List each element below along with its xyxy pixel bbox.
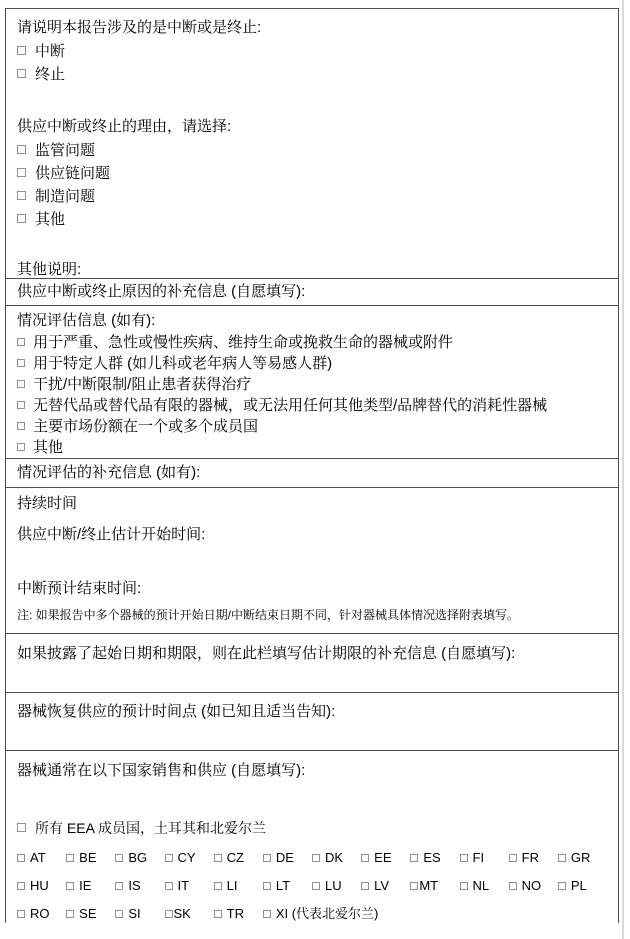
country-checkbox-TR[interactable]: TR xyxy=(214,900,263,928)
checkbox-icon[interactable] xyxy=(263,910,271,918)
country-code-label: BE xyxy=(79,850,96,865)
country-code-label: LI xyxy=(227,878,238,893)
country-code-label: NL xyxy=(473,878,490,893)
option-supply-chain-issue[interactable]: 供应链问题 xyxy=(17,162,607,185)
checkbox-icon[interactable] xyxy=(410,882,418,890)
country-checkbox-SE[interactable]: SE xyxy=(66,900,115,928)
checkbox-icon[interactable] xyxy=(66,854,74,862)
option-label: 供应链问题 xyxy=(35,165,110,182)
option-label: 用于严重、急性或慢性疾病、维持生命或挽救生命的器械或附件 xyxy=(33,334,453,351)
checkbox-icon[interactable] xyxy=(558,882,566,890)
checkbox-icon[interactable] xyxy=(558,854,566,862)
checkbox-icon[interactable] xyxy=(17,910,25,918)
option-situation-other[interactable]: 其他 xyxy=(17,437,607,458)
option-specific-population[interactable]: 用于特定人群 (如儿科或老年病人等易感人群) xyxy=(17,353,607,374)
other-note-label: 其他说明: xyxy=(17,258,607,279)
option-label: 无替代品或替代品有限的器械，或无法用任何其他类型/品牌替代的消耗性器械 xyxy=(33,397,547,414)
option-all-eea[interactable]: 所有 EEA 成员国，土耳其和北爱尔兰 xyxy=(17,817,607,839)
checkbox-icon[interactable] xyxy=(17,191,26,200)
option-label: 主要市场份额在一个或多个成员国 xyxy=(33,418,258,435)
country-checkbox-FI[interactable]: FI xyxy=(460,844,509,872)
checkbox-icon[interactable] xyxy=(165,882,173,890)
country-checkbox-BE[interactable]: BE xyxy=(66,844,115,872)
situation-label: 情况评估信息 (如有): xyxy=(17,310,607,332)
checkbox-icon[interactable] xyxy=(17,46,26,55)
country-code-label: ES xyxy=(423,850,440,865)
estimated-start-date-label: 供应中断/终止估计开始时间: xyxy=(17,526,205,543)
checkbox-icon[interactable] xyxy=(509,854,517,862)
country-code-label: AT xyxy=(30,850,46,865)
country-checkbox-MT[interactable]: MT xyxy=(410,872,459,900)
country-code-label: IE xyxy=(79,878,91,893)
checkbox-icon[interactable] xyxy=(312,882,320,890)
countries-section: 器械通常在以下国家销售和供应 (自愿填写): 所有 EEA 成员国，土耳其和北爱… xyxy=(6,751,618,923)
option-label: 其他 xyxy=(35,211,65,228)
option-reason-other[interactable]: 其他 xyxy=(17,208,607,231)
country-checkbox-LI[interactable]: LI xyxy=(214,872,263,900)
checkbox-icon[interactable] xyxy=(460,854,468,862)
checkbox-icon[interactable] xyxy=(17,69,26,78)
country-checkbox-NO[interactable]: NO xyxy=(509,872,558,900)
checkbox-icon[interactable] xyxy=(361,882,369,890)
situation-supplement-label: 情况评估的补充信息 (如有): xyxy=(17,464,200,481)
option-label: 所有 EEA 成员国，土耳其和北爱尔兰 xyxy=(35,820,266,836)
option-label: 制造问题 xyxy=(35,188,95,205)
checkbox-icon[interactable] xyxy=(17,145,26,154)
checkbox-icon[interactable] xyxy=(17,338,25,346)
situation-supplement-field[interactable]: 情况评估的补充信息 (如有): xyxy=(6,459,618,488)
country-checkbox-CZ[interactable]: CZ xyxy=(214,844,263,872)
checkbox-icon[interactable] xyxy=(17,380,25,388)
resume-time-field[interactable]: 器械恢复供应的预计时间点 (如已知且适当告知): xyxy=(6,693,618,751)
country-code-label: TR xyxy=(227,906,244,921)
country-checkbox-IT[interactable]: IT xyxy=(165,872,214,900)
checkbox-icon[interactable] xyxy=(17,359,25,367)
checkbox-icon[interactable] xyxy=(66,882,74,890)
country-code-label: CY xyxy=(178,850,196,865)
country-checkbox-BG[interactable]: BG xyxy=(115,844,164,872)
country-code-label: FI xyxy=(473,850,485,865)
country-checkbox-PL[interactable]: PL xyxy=(558,872,607,900)
country-code-label: DE xyxy=(276,850,294,865)
option-termination[interactable]: 终止 xyxy=(17,63,607,86)
checkbox-icon[interactable] xyxy=(17,214,26,223)
country-checkbox-SI[interactable]: SI xyxy=(115,900,164,928)
option-label: 用于特定人群 (如儿科或老年病人等易感人群) xyxy=(33,355,332,372)
country-checkbox-SK[interactable]: SK xyxy=(165,900,214,928)
checkbox-icon[interactable] xyxy=(214,854,222,862)
country-checkbox-GR[interactable]: GR xyxy=(558,844,607,872)
country-code-label: DK xyxy=(325,850,343,865)
period-supplement-label: 如果披露了起始日期和期限，则在此栏填写估计期限的补充信息 (自愿填写): xyxy=(17,643,607,665)
option-label: 监管问题 xyxy=(35,142,95,159)
option-label: 干扰/中断限制/阻止患者获得治疗 xyxy=(33,376,251,393)
page-right-edge xyxy=(622,0,624,939)
country-code-label: GR xyxy=(571,850,591,865)
checkbox-icon[interactable] xyxy=(509,882,517,890)
duration-note: 注: 如果报告中多个器械的预计开始日期/中断结束日期不同，针对器械具体情况选择附… xyxy=(17,607,607,623)
checkbox-icon[interactable] xyxy=(17,882,25,890)
country-checkbox-grid: AT BE BG CY CZ DE DK EE ES FI FR GR HU I… xyxy=(17,844,607,928)
option-label: 终止 xyxy=(35,66,65,83)
checkbox-icon[interactable] xyxy=(115,910,123,918)
country-code-label: IT xyxy=(178,878,190,893)
report-type-question: 请说明本报告涉及的是中断或是终止: xyxy=(17,16,607,40)
checkbox-icon[interactable] xyxy=(361,854,369,862)
reason-question: 供应中断或终止的理由，请选择: xyxy=(17,115,607,139)
estimated-end-date-label: 中断预计结束时间: xyxy=(17,580,141,597)
country-code-label: SE xyxy=(79,906,96,921)
country-checkbox-IS[interactable]: IS xyxy=(115,872,164,900)
checkbox-icon[interactable] xyxy=(17,401,25,409)
checkbox-icon[interactable] xyxy=(115,882,123,890)
country-checkbox-NL[interactable]: NL xyxy=(460,872,509,900)
checkbox-icon[interactable] xyxy=(214,882,222,890)
country-checkbox-RO[interactable]: RO xyxy=(17,900,66,928)
checkbox-icon[interactable] xyxy=(263,854,271,862)
reason-supplement-field[interactable]: 供应中断或终止原因的补充信息 (自愿填写): xyxy=(6,279,618,306)
country-checkbox-FR[interactable]: FR xyxy=(509,844,558,872)
estimated-end-date-field[interactable]: 中断预计结束时间: xyxy=(17,578,607,600)
option-critical-illness-device[interactable]: 用于严重、急性或慢性疾病、维持生命或挽救生命的器械或附件 xyxy=(17,332,607,353)
country-code-label: IS xyxy=(128,878,140,893)
reason-supplement-label: 供应中断或终止原因的补充信息 (自愿填写): xyxy=(17,283,305,300)
option-label: 中断 xyxy=(35,43,65,60)
country-code-label: LV xyxy=(374,878,389,893)
country-checkbox-ES[interactable]: ES xyxy=(410,844,459,872)
option-major-market-share[interactable]: 主要市场份额在一个或多个成员国 xyxy=(17,416,607,437)
country-checkbox-AT[interactable]: AT xyxy=(17,844,66,872)
option-no-substitute-device[interactable]: 无替代品或替代品有限的器械，或无法用任何其他类型/品牌替代的消耗性器械 xyxy=(17,395,607,416)
country-checkbox-EE[interactable]: EE xyxy=(361,844,410,872)
option-interruption[interactable]: 中断 xyxy=(17,40,607,63)
report-type-and-reason-section: 请说明本报告涉及的是中断或是终止: 中断 终止 供应中断或终止的理由，请选择: … xyxy=(6,9,618,279)
country-code-label: CZ xyxy=(227,850,244,865)
country-code-label: MT xyxy=(419,878,438,893)
country-code-label: SI xyxy=(128,906,140,921)
checkbox-icon[interactable] xyxy=(263,882,271,890)
checkbox-icon[interactable] xyxy=(17,422,25,430)
checkbox-icon[interactable] xyxy=(17,443,25,451)
country-code-label: PL xyxy=(571,878,587,893)
country-checkbox-LU[interactable]: LU xyxy=(312,872,361,900)
supply-interruption-report-form: 请说明本报告涉及的是中断或是终止: 中断 终止 供应中断或终止的理由，请选择: … xyxy=(5,8,619,923)
countries-label: 器械通常在以下国家销售和供应 (自愿填写): xyxy=(17,760,607,782)
country-code-label: FR xyxy=(522,850,539,865)
estimated-start-date-field[interactable]: 供应中断/终止估计开始时间: xyxy=(17,524,607,546)
country-checkbox-IE[interactable]: IE xyxy=(66,872,115,900)
checkbox-icon[interactable] xyxy=(17,823,26,832)
country-code-label: HU xyxy=(30,878,49,893)
country-code-label: LT xyxy=(276,878,290,893)
option-regulatory-issue[interactable]: 监管问题 xyxy=(17,139,607,162)
country-checkbox-CY[interactable]: CY xyxy=(165,844,214,872)
option-manufacturing-issue[interactable]: 制造问题 xyxy=(17,185,607,208)
country-checkbox-HU[interactable]: HU xyxy=(17,872,66,900)
checkbox-icon[interactable] xyxy=(17,168,26,177)
country-checkbox-DE[interactable]: DE xyxy=(263,844,312,872)
resume-time-label: 器械恢复供应的预计时间点 (如已知且适当告知): xyxy=(17,701,607,723)
country-code-label: LU xyxy=(325,878,342,893)
duration-section: 持续时间 供应中断/终止估计开始时间: 中断预计结束时间: 注: 如果报告中多个… xyxy=(6,488,618,634)
country-checkbox-LT[interactable]: LT xyxy=(263,872,312,900)
period-supplement-field[interactable]: 如果披露了起始日期和期限，则在此栏填写估计期限的补充信息 (自愿填写): xyxy=(6,634,618,693)
checkbox-icon[interactable] xyxy=(115,854,123,862)
country-code-label: XI (代表北爱尔兰) xyxy=(276,906,379,921)
country-code-label: NO xyxy=(522,878,542,893)
checkbox-icon[interactable] xyxy=(165,910,173,918)
situation-assessment-section: 情况评估信息 (如有): 用于严重、急性或慢性疾病、维持生命或挽救生命的器械或附… xyxy=(6,306,618,459)
checkbox-icon[interactable] xyxy=(214,910,222,918)
country-checkbox-LV[interactable]: LV xyxy=(361,872,410,900)
duration-title: 持续时间 xyxy=(17,493,607,515)
checkbox-icon[interactable] xyxy=(460,882,468,890)
country-code-label: BG xyxy=(128,850,147,865)
option-label: 其他 xyxy=(33,439,63,456)
country-code-label: EE xyxy=(374,850,391,865)
checkbox-icon[interactable] xyxy=(17,854,25,862)
checkbox-icon[interactable] xyxy=(312,854,320,862)
checkbox-icon[interactable] xyxy=(66,910,74,918)
country-checkbox-XI[interactable]: XI (代表北爱尔兰) xyxy=(263,900,607,928)
checkbox-icon[interactable] xyxy=(410,854,418,862)
country-code-label: SK xyxy=(174,906,191,921)
country-checkbox-DK[interactable]: DK xyxy=(312,844,361,872)
checkbox-icon[interactable] xyxy=(165,854,173,862)
country-code-label: RO xyxy=(30,906,50,921)
option-treatment-access-impact[interactable]: 干扰/中断限制/阻止患者获得治疗 xyxy=(17,374,607,395)
